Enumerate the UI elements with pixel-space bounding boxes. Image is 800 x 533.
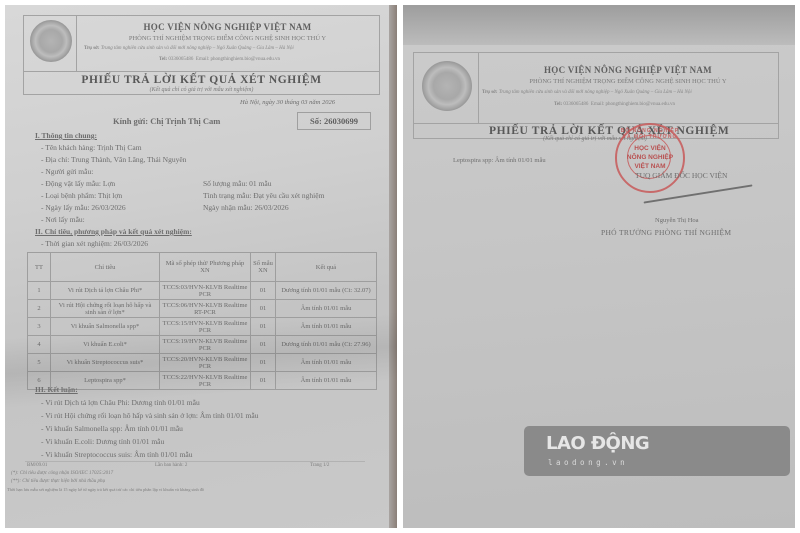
cell-tt: 5 xyxy=(28,354,51,372)
section-2-heading: II. Chỉ tiêu, phương pháp và kết quả xét… xyxy=(35,227,192,236)
conclusion-item: - Vi khuẩn E.coli: Dương tính 01/01 mẫu xyxy=(41,437,164,446)
conclusion-item: - Vi khuẩn Salmonella spp: Âm tính 01/01… xyxy=(41,424,183,433)
cell-result: Âm tính 01/01 mẫu xyxy=(276,318,377,336)
contact-line: Tel: 0336065486 Email: phongthinghiem.bi… xyxy=(554,102,675,107)
table-row: 1Vi rút Dịch tả lợn Châu Phi*TCCS:03/HVN… xyxy=(28,282,377,300)
cell-target: Vi rút Dịch tả lợn Châu Phi* xyxy=(51,282,160,300)
cell-tt: 1 xyxy=(28,282,51,300)
sample-status: Tình trạng mẫu: Đạt yêu cầu xét nghiệm xyxy=(203,191,324,200)
customer-name: - Tên khách hàng: Trịnh Thị Cam xyxy=(41,143,142,152)
cell-tt: 4 xyxy=(28,336,51,354)
cell-n: 01 xyxy=(251,282,276,300)
cell-result: Âm tính 01/01 mẫu xyxy=(276,300,377,318)
cell-n: 01 xyxy=(251,318,276,336)
footnote-2: (**): Chỉ tiêu được thực hiện bởi nhà th… xyxy=(11,479,105,484)
col-result: Kết quả xyxy=(276,253,377,282)
footnote-3: Thời hạn lưu mẫu xét nghiệm là 15 ngày k… xyxy=(7,487,204,492)
conclusion-item: - Vi khuẩn Streptococcus suis: Âm tính 0… xyxy=(41,450,192,459)
table-row: 6Leptospira spp*TCCS:22/HVN-KLVB Realtim… xyxy=(28,372,377,390)
document-subtitle: (Kết quả chỉ có giá trị với mẫu xét nghi… xyxy=(24,87,379,93)
col-target: Chỉ tiêu xyxy=(51,253,160,282)
photo-top-shade xyxy=(403,5,795,45)
issue-number: Lần ban hành: 2 xyxy=(155,463,187,468)
address-line: Trụ sở: Trung tâm nghiên cứu sinh sản và… xyxy=(84,46,294,51)
receive-date: Ngày nhận mẫu: 26/03/2026 xyxy=(203,203,289,212)
cell-tt: 3 xyxy=(28,318,51,336)
conclusion-item: - Vi rút Hội chứng rối loạn hô hấp và si… xyxy=(41,411,258,420)
institution-name: HỌC VIỆN NÔNG NGHIỆP VIỆT NAM xyxy=(478,65,778,75)
cell-target: Vi khuẩn Streptococcus suis* xyxy=(51,354,160,372)
institution-name: HỌC VIỆN NÔNG NGHIỆP VIỆT NAM xyxy=(76,22,379,32)
cell-method: TCCS:19/HVN-KLVB Realtime PCR xyxy=(160,336,251,354)
signer-title: PHÓ TRƯỞNG PHÒNG THÍ NGHIỆM xyxy=(601,228,731,237)
results-table: TT Chỉ tiêu Mã số phép thử/ Phương pháp … xyxy=(27,252,377,390)
date-line: Hà Nội, ngày 30 tháng 03 năm 2026 xyxy=(240,99,335,106)
recipient: Kính gửi: Chị Trịnh Thị Cam xyxy=(113,116,220,126)
laodong-url: laodong.vn xyxy=(548,458,628,467)
page-number: Trang 1/2 xyxy=(310,463,329,468)
footnote-1: (*): Chỉ tiêu được công nhận ISO/IEC 170… xyxy=(11,471,113,476)
right-document-photo: HỌC VIỆN NÔNG NGHIỆP VIỆT NAM PHÒNG THÍ … xyxy=(403,5,795,528)
table-row: 5Vi khuẩn Streptococcus suis*TCCS:20/HVN… xyxy=(28,354,377,372)
collect-place: - Nơi lấy mẫu: xyxy=(41,215,85,224)
cell-result: Âm tính 01/01 mẫu xyxy=(276,354,377,372)
left-document-photo: HỌC VIỆN NÔNG NGHIỆP VIỆT NAM PHÒNG THÍ … xyxy=(5,5,397,528)
institution-seal-icon xyxy=(30,20,72,62)
signer-role: TUQ GIÁM ĐỐC HỌC VIỆN xyxy=(635,171,727,180)
specimen-type: - Loại bệnh phẩm: Thịt lợn xyxy=(41,191,122,200)
official-red-stamp: BỘ NÔNG NGHIỆP VÀ MÔI TRƯỜNG HỌC VIỆN NÔ… xyxy=(615,123,685,193)
lab-name: PHÒNG THÍ NGHIỆM TRỌNG ĐIỂM CÔNG NGHỆ SI… xyxy=(76,35,379,42)
cell-target: Vi rút Hội chứng rối loạn hô hấp và sinh… xyxy=(51,300,160,318)
cell-method: TCCS:03/HVN-KLVB Realtime PCR xyxy=(160,282,251,300)
form-code: BM/09.01 xyxy=(27,463,47,468)
institution-seal-icon xyxy=(422,61,472,111)
col-method: Mã số phép thử/ Phương pháp XN xyxy=(160,253,251,282)
laodong-logo: LAO ĐỘNG xyxy=(546,433,649,454)
document-subtitle: (Kết quả chỉ có giá trị với mẫu xét nghi… xyxy=(413,136,777,142)
continued-result: Leptospira spp: Âm tính 01/01 mẫu xyxy=(453,157,546,164)
cell-method: TCCS:20/HVN-KLVB Realtime PCR xyxy=(160,354,251,372)
report-number: Số: 26030699 xyxy=(297,112,371,130)
table-header-row: TT Chỉ tiêu Mã số phép thử/ Phương pháp … xyxy=(28,253,377,282)
col-count: Số mẫu XN xyxy=(251,253,276,282)
signer-name: Nguyễn Thị Hoa xyxy=(655,217,699,224)
document-title: PHIẾU TRẢ LỜI KẾT QUẢ XÉT NGHIỆM xyxy=(24,74,379,86)
cell-n: 01 xyxy=(251,354,276,372)
paper-edge xyxy=(389,5,397,528)
cell-result: Dương tính 01/01 mẫu (Ct: 32.07) xyxy=(276,282,377,300)
cell-target: Vi khuẩn E.coli* xyxy=(51,336,160,354)
animal: - Động vật lấy mẫu: Lợn xyxy=(41,179,115,188)
table-row: 2Vi rút Hội chứng rối loạn hô hấp và sin… xyxy=(28,300,377,318)
cell-n: 01 xyxy=(251,336,276,354)
collect-date: - Ngày lấy mẫu: 26/03/2026 xyxy=(41,203,126,212)
lab-name: PHÒNG THÍ NGHIỆM TRỌNG ĐIỂM CÔNG NGHỆ SI… xyxy=(478,78,778,85)
sample-count: Số lượng mẫu: 01 mẫu xyxy=(203,179,271,188)
conclusion-item: - Vi rút Dịch tả lợn Châu Phi: Dương tín… xyxy=(41,398,200,407)
customer-address: - Địa chỉ: Trung Thành, Vân Lăng, Thái N… xyxy=(41,155,186,164)
sender: - Người gửi mẫu: xyxy=(41,167,93,176)
cell-n: 01 xyxy=(251,372,276,390)
address-line: Trụ sở: Trung tâm nghiên cứu sinh sản và… xyxy=(482,90,692,95)
contact-line: Tel: 0336065486 Email: phongthinghiem.bi… xyxy=(159,57,280,62)
table-row: 3Vi khuẩn Salmonella spp*TCCS:15/HVN-KLV… xyxy=(28,318,377,336)
letterhead-box: HỌC VIỆN NÔNG NGHIỆP VIỆT NAM PHÒNG THÍ … xyxy=(23,15,380,95)
cell-result: Dương tính 01/01 mẫu (Ct: 27.96) xyxy=(276,336,377,354)
cell-result: Âm tính 01/01 mẫu xyxy=(276,372,377,390)
test-time: - Thời gian xét nghiệm: 26/03/2026 xyxy=(41,239,148,248)
cell-method: TCCS:22/HVN-KLVB Realtime PCR xyxy=(160,372,251,390)
cell-tt: 2 xyxy=(28,300,51,318)
cell-target: Vi khuẩn Salmonella spp* xyxy=(51,318,160,336)
letterhead-box: HỌC VIỆN NÔNG NGHIỆP VIỆT NAM PHÒNG THÍ … xyxy=(413,52,779,139)
section-1-heading: I. Thông tin chung: xyxy=(35,131,97,140)
laodong-watermark: LAO ĐỘNG laodong.vn xyxy=(524,426,790,476)
cell-n: 01 xyxy=(251,300,276,318)
cell-method: TCCS:06/HVN-KLVB Realtime RT-PCR xyxy=(160,300,251,318)
cell-method: TCCS:15/HVN-KLVB Realtime PCR xyxy=(160,318,251,336)
col-tt: TT xyxy=(28,253,51,282)
section-3-heading: III. Kết luận: xyxy=(35,385,78,394)
table-row: 4Vi khuẩn E.coli*TCCS:19/HVN-KLVB Realti… xyxy=(28,336,377,354)
